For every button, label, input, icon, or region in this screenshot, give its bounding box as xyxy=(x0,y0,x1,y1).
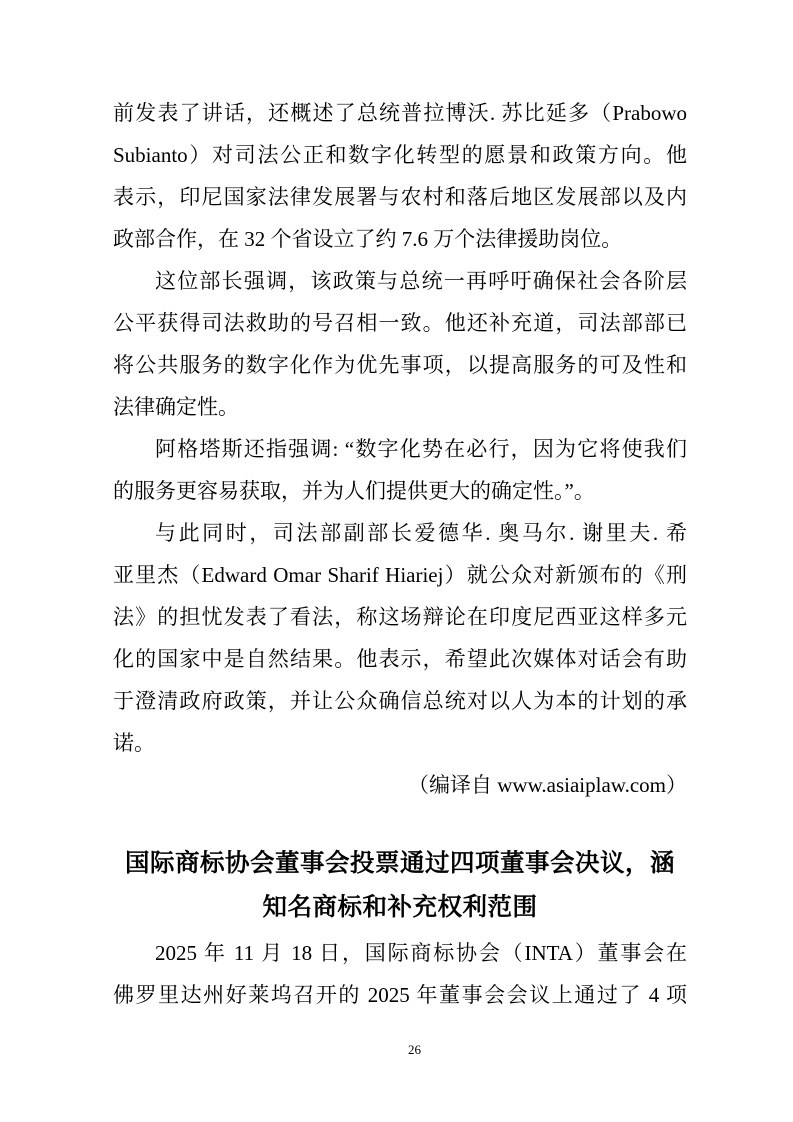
text-line: 这位部长强调，该政策与总统一再呼吁确保社会各阶层 xyxy=(113,260,687,302)
text-line: 与此同时，司法部副部长爱德华. 奥马尔. 谢里夫. 希 xyxy=(113,512,687,554)
article1-body: 前发表了讲话，还概述了总统普拉博沃. 苏比延多（Prabowo Subianto… xyxy=(113,92,687,806)
article-title: 国际商标协会董事会投票通过四项董事会决议，涵盖 知名商标和补充权利范围 xyxy=(113,842,687,930)
text-line: 法》的担忧发表了看法，称这场辩论在印度尼西亚这样多元 xyxy=(113,596,687,638)
text-line: 于澄清政府政策，并让公众确信总统对以人为本的计划的承 xyxy=(113,680,687,722)
text-line: 表示，印尼国家法律发展署与农村和落后地区发展部以及内 xyxy=(113,176,687,218)
text-line: 阿格塔斯还指强调: “数字化势在必行，因为它将使我们 xyxy=(113,428,687,470)
text-line: Subianto）对司法公正和数字化转型的愿景和政策方向。他 xyxy=(113,134,687,176)
page-number: 26 xyxy=(408,1042,421,1058)
text-line: 前发表了讲话，还概述了总统普拉博沃. 苏比延多（Prabowo xyxy=(113,92,687,134)
text-line: 诺。 xyxy=(113,722,687,764)
text-line: 佛罗里达州好莱坞召开的 2025 年董事会会议上通过了 4 项 xyxy=(113,974,687,1016)
text-line: 将公共服务的数字化作为优先事项，以提高服务的可及性和 xyxy=(113,344,687,386)
text-line: 政部合作，在 32 个省设立了约 7.6 万个法律援助岗位。 xyxy=(113,218,687,260)
text-line: 2025 年 11 月 18 日，国际商标协会（INTA）董事会在 xyxy=(113,932,687,974)
source-attribution: （编译自 www.asiaiplaw.com） xyxy=(113,764,687,806)
article-title-line: 国际商标协会董事会投票通过四项董事会决议，涵盖 xyxy=(113,842,687,886)
article-title-line: 知名商标和补充权利范围 xyxy=(113,886,687,930)
text-line: 化的国家中是自然结果。他表示，希望此次媒体对话会有助 xyxy=(113,638,687,680)
text-line: 公平获得司法救助的号召相一致。他还补充道，司法部部已 xyxy=(113,302,687,344)
text-line: 的服务更容易获取，并为人们提供更大的确定性。”。 xyxy=(113,470,687,512)
text-line: 亚里杰（Edward Omar Sharif Hiariej）就公众对新颁布的《… xyxy=(113,554,687,596)
document-page: 前发表了讲话，还概述了总统普拉博沃. 苏比延多（Prabowo Subianto… xyxy=(0,0,793,1122)
text-line: 法律确定性。 xyxy=(113,386,687,428)
page-footer: 26 xyxy=(0,1042,793,1058)
article2-body: 2025 年 11 月 18 日，国际商标协会（INTA）董事会在 佛罗里达州好… xyxy=(113,932,687,1016)
page-content: 前发表了讲话，还概述了总统普拉博沃. 苏比延多（Prabowo Subianto… xyxy=(113,92,687,1016)
